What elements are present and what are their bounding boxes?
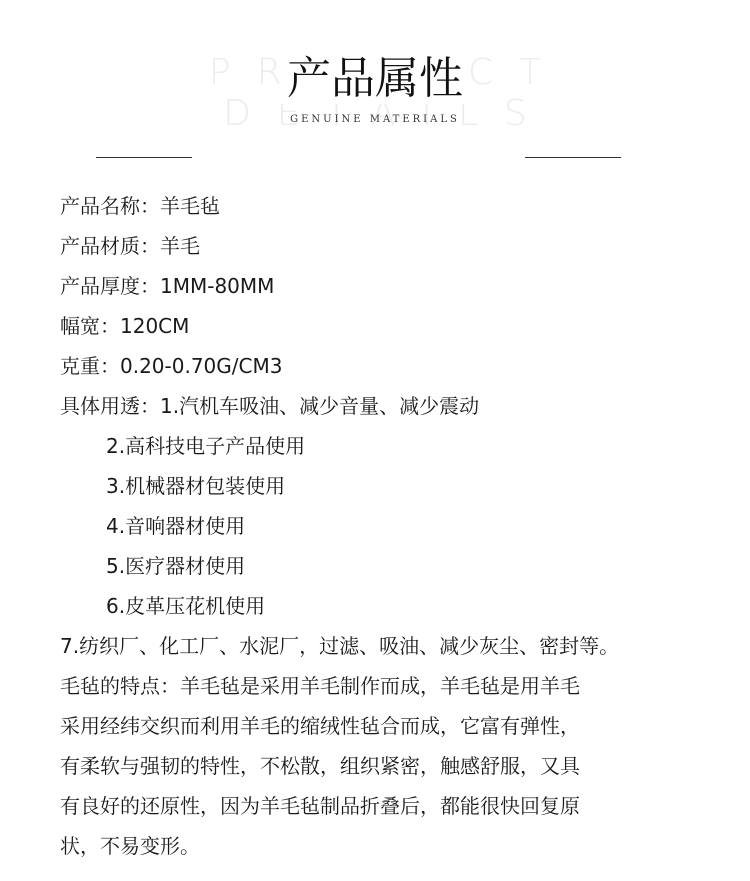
section-header: PRODUCT DETAILS 产品属性 GENUINE MATERIALS [0, 0, 750, 170]
uses-label: 具体用透： [60, 394, 160, 418]
uses-row: 具体用透：1.汽机车吸油、减少音量、减少震动 [60, 386, 619, 426]
features-line: 毛毡的特点：羊毛毡是采用羊毛制作而成，羊毛毡是用羊毛 [60, 666, 619, 706]
spec-value: 羊毛毡 [160, 194, 220, 218]
spec-label: 产品名称： [60, 194, 160, 218]
spec-row-thickness: 产品厚度：1MM-80MM [60, 266, 619, 306]
features-line: 有良好的还原性，因为羊毛毡制品折叠后，都能很快回复原 [60, 786, 619, 826]
features-line: 状，不易变形。 [60, 826, 619, 866]
spec-value: 羊毛 [160, 234, 200, 258]
features-line: 有柔软与强韧的特性，不松散，组织紧密，触感舒服，又具 [60, 746, 619, 786]
use-item: 6.皮革压花机使用 [60, 586, 619, 626]
spec-value: 120CM [120, 314, 189, 338]
spec-row-width: 幅宽：120CM [60, 306, 619, 346]
spec-row-density: 克重：0.20-0.70G/CM3 [60, 346, 619, 386]
use-item: 1.汽机车吸油、减少音量、减少震动 [160, 394, 479, 418]
use-item: 7.纺织厂、化工厂、水泥厂，过滤、吸油、减少灰尘、密封等。 [60, 626, 619, 666]
use-item: 2.高科技电子产品使用 [60, 426, 619, 466]
spec-label: 幅宽： [60, 314, 120, 338]
spec-row-name: 产品名称：羊毛毡 [60, 186, 619, 226]
spec-label: 产品厚度： [60, 274, 160, 298]
spec-label: 克重： [60, 354, 120, 378]
spec-value: 0.20-0.70G/CM3 [120, 354, 282, 378]
page-subtitle: GENUINE MATERIALS [0, 114, 750, 125]
spec-value: 1MM-80MM [160, 274, 274, 298]
divider-right [525, 157, 621, 158]
spec-row-material: 产品材质：羊毛 [60, 226, 619, 266]
use-item: 5.医疗器材使用 [60, 546, 619, 586]
divider-left [96, 157, 192, 158]
use-item: 4.音响器材使用 [60, 506, 619, 546]
spec-label: 产品材质： [60, 234, 160, 258]
features-line: 采用经纬交织而利用羊毛的缩绒性毡合而成，它富有弹性， [60, 706, 619, 746]
page-title-text: 产品属性 [281, 53, 469, 104]
use-item: 3.机械器材包装使用 [60, 466, 619, 506]
page-title: 产品属性 [0, 42, 750, 106]
product-attributes: 产品名称：羊毛毡 产品材质：羊毛 产品厚度：1MM-80MM 幅宽：120CM … [60, 186, 619, 866]
